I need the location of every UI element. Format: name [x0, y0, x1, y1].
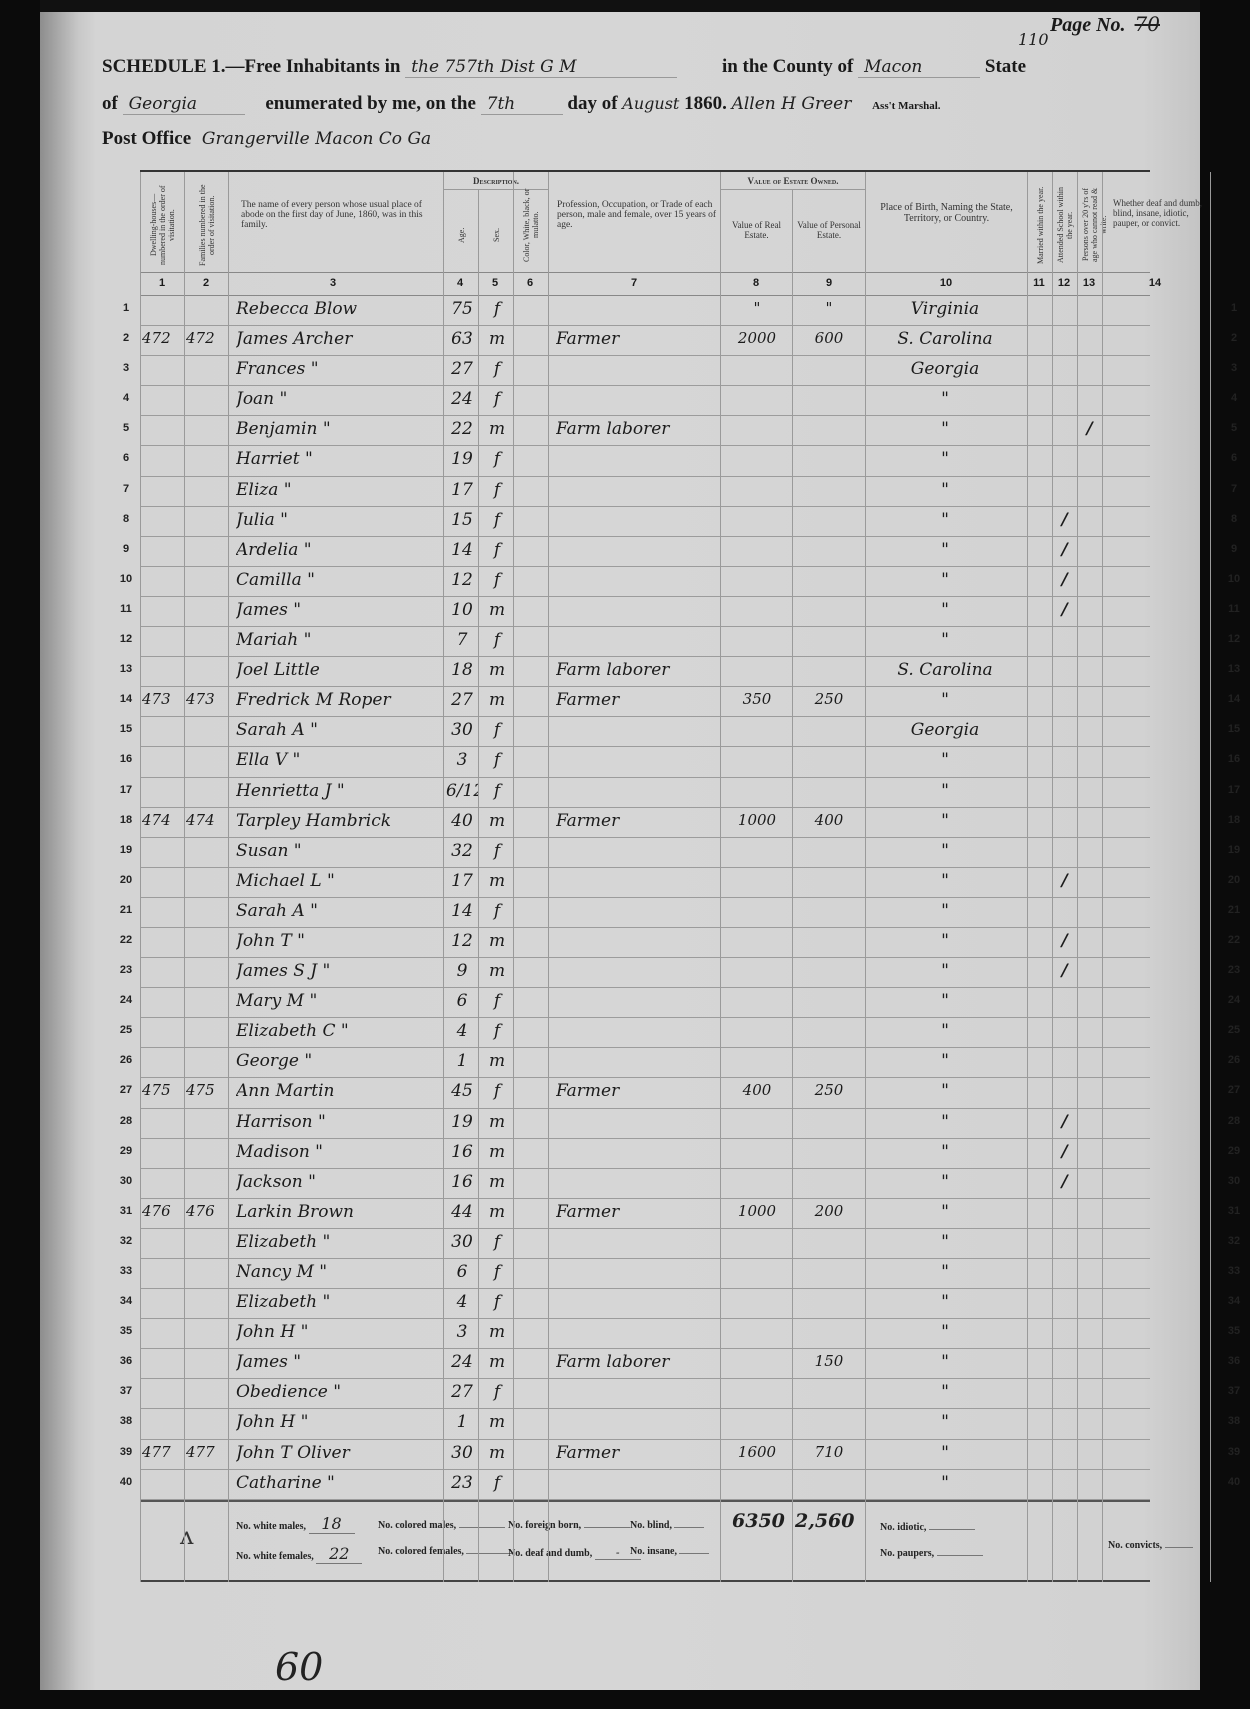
dwelling-number — [142, 871, 186, 895]
line-number-right: 15 — [1222, 723, 1246, 735]
illiterate-mark — [1077, 480, 1102, 504]
line-number-right: 13 — [1222, 663, 1246, 675]
birthplace: " — [870, 480, 1020, 504]
line-number-left: 12 — [114, 633, 138, 645]
school-mark — [1052, 1051, 1077, 1075]
sex: f — [481, 750, 513, 774]
person-name: Eliza " — [236, 480, 441, 504]
line-number-left: 25 — [114, 1024, 138, 1036]
birthplace: " — [870, 1142, 1020, 1166]
totals-section: ʌ No. white males, 18 No. white females,… — [140, 1500, 1150, 1582]
personal-estate-value — [796, 1021, 862, 1045]
sex: m — [481, 1112, 513, 1136]
table-row: 9 Ardelia " 14 f " / 9 — [140, 537, 1150, 567]
grid-line — [184, 172, 185, 1582]
family-number: 477 — [186, 1443, 230, 1467]
sex: m — [481, 1322, 513, 1346]
personal-estate-value — [796, 1382, 862, 1406]
grid-line — [443, 172, 444, 1582]
age: 23 — [446, 1473, 478, 1497]
birthplace: " — [870, 841, 1020, 865]
page-number: Page No. 70 110 — [1050, 12, 1160, 37]
family-number — [186, 1051, 230, 1075]
illiterate-mark — [1077, 1051, 1102, 1075]
age: 10 — [446, 600, 478, 624]
col-number: 13 — [1079, 277, 1099, 289]
sex: f — [481, 1081, 513, 1105]
real-estate-value — [724, 389, 790, 413]
idiotic-total: No. idiotic, — [880, 1522, 975, 1533]
sex: f — [481, 901, 513, 925]
line-number-left: 40 — [114, 1476, 138, 1488]
col-illiterate-header: Persons over 20 y'rs of age who cannot r… — [1077, 172, 1102, 272]
occupation — [556, 841, 720, 865]
illiterate-mark — [1077, 1262, 1102, 1286]
col-occupation-header: Profession, Occupation, or Trade of each… — [548, 172, 720, 272]
day-of-label: day of — [567, 93, 617, 114]
personal-estate-value — [796, 480, 862, 504]
real-estate-value — [724, 750, 790, 774]
school-mark — [1052, 1412, 1077, 1436]
occupation: Farmer — [556, 811, 720, 835]
occupation — [556, 991, 720, 1015]
personal-estate-value — [796, 540, 862, 564]
age: 9 — [446, 961, 478, 985]
line-number-right: 25 — [1222, 1024, 1246, 1036]
sex: m — [481, 419, 513, 443]
school-mark — [1052, 1081, 1077, 1105]
paupers-total: No. paupers, — [880, 1548, 983, 1559]
real-estate-value — [724, 570, 790, 594]
age: 27 — [446, 1382, 478, 1406]
occupation: Farm laborer — [556, 1352, 720, 1376]
age: 3 — [446, 1322, 478, 1346]
real-estate-value: 350 — [724, 690, 790, 714]
real-estate-value — [724, 660, 790, 684]
sex: f — [481, 841, 513, 865]
real-estate-value — [724, 961, 790, 985]
col-number: 11 — [1029, 277, 1049, 289]
age: 17 — [446, 871, 478, 895]
personal-estate-value — [796, 359, 862, 383]
person-name: Obedience " — [236, 1382, 441, 1406]
age: 15 — [446, 510, 478, 534]
age: 27 — [446, 359, 478, 383]
school-mark — [1052, 630, 1077, 654]
sex: f — [481, 630, 513, 654]
person-name: John H " — [236, 1412, 441, 1436]
dwelling-number — [142, 1262, 186, 1286]
personal-estate-value — [796, 1473, 862, 1497]
real-estate-value — [724, 480, 790, 504]
dwelling-number — [142, 299, 186, 323]
school-mark: / — [1052, 540, 1077, 564]
real-estate-value — [724, 359, 790, 383]
dwelling-number — [142, 1352, 186, 1376]
birthplace: " — [870, 1202, 1020, 1226]
header-line-3: Post Office Grangerville Macon Co Ga — [102, 128, 431, 150]
school-mark — [1052, 1443, 1077, 1467]
occupation — [556, 1172, 720, 1196]
family-number — [186, 630, 230, 654]
person-name: Mary M " — [236, 991, 441, 1015]
real-estate-value: 1600 — [724, 1443, 790, 1467]
illiterate-mark — [1077, 570, 1102, 594]
family-number — [186, 1021, 230, 1045]
school-mark — [1052, 1262, 1077, 1286]
birthplace: S. Carolina — [870, 329, 1020, 353]
district-field: the 757th Dist G M — [405, 57, 677, 78]
dwelling-number — [142, 1051, 186, 1075]
dwelling-number — [142, 1412, 186, 1436]
line-number-right: 21 — [1222, 904, 1246, 916]
table-row: 24 Mary M " 6 f " 24 — [140, 988, 1150, 1018]
family-number — [186, 1232, 230, 1256]
illiterate-mark — [1077, 1142, 1102, 1166]
column-numbers: 1 2 3 4 5 6 7 8 9 10 11 12 13 14 — [140, 273, 1150, 296]
line-number-right: 29 — [1222, 1145, 1246, 1157]
sex: m — [481, 1172, 513, 1196]
table-row: 17 Henrietta J " 6/12 f " 17 — [140, 778, 1150, 808]
line-number-right: 36 — [1222, 1355, 1246, 1367]
personal-estate-value — [796, 750, 862, 774]
col-number: 10 — [936, 277, 956, 289]
table-row: 21 Sarah A " 14 f " 21 — [140, 898, 1150, 928]
age: 18 — [446, 660, 478, 684]
deaf-dumb-total: No. deaf and dumb, - — [508, 1546, 641, 1560]
dwelling-number — [142, 1142, 186, 1166]
table-row: 3 Frances " 27 f Georgia 3 — [140, 356, 1150, 386]
line-number-right: 28 — [1222, 1115, 1246, 1127]
line-number-right: 3 — [1222, 362, 1246, 374]
birthplace: " — [870, 690, 1020, 714]
colored-females-total: No. colored females, — [378, 1546, 512, 1557]
table-row: 10 Camilla " 12 f " / 10 — [140, 567, 1150, 597]
line-number-right: 30 — [1222, 1175, 1246, 1187]
birthplace: " — [870, 1021, 1020, 1045]
grid-line — [1102, 172, 1103, 1582]
birthplace: " — [870, 1322, 1020, 1346]
school-mark — [1052, 1021, 1077, 1045]
age: 24 — [446, 1352, 478, 1376]
real-estate-value — [724, 720, 790, 744]
line-number-right: 2 — [1222, 332, 1246, 344]
line-number-right: 24 — [1222, 994, 1246, 1006]
personal-estate-value — [796, 931, 862, 955]
occupation — [556, 1142, 720, 1166]
birthplace: " — [870, 750, 1020, 774]
sex: m — [481, 811, 513, 835]
real-estate-value — [724, 1382, 790, 1406]
table-row: 1 Rebecca Blow 75 f " " Virginia 1 — [140, 296, 1150, 326]
school-mark — [1052, 690, 1077, 714]
col-age-header: Age. — [443, 190, 478, 272]
person-name: George " — [236, 1051, 441, 1075]
family-number — [186, 1412, 230, 1436]
real-estate-value — [724, 931, 790, 955]
dwelling-number — [142, 961, 186, 985]
occupation — [556, 1412, 720, 1436]
person-name: Harrison " — [236, 1112, 441, 1136]
personal-estate-value — [796, 901, 862, 925]
personal-estate-value — [796, 781, 862, 805]
year-label: 1860. — [684, 93, 727, 114]
illiterate-mark — [1077, 1322, 1102, 1346]
occupation — [556, 961, 720, 985]
real-estate-value — [724, 1412, 790, 1436]
line-number-left: 38 — [114, 1415, 138, 1427]
col-number: 12 — [1054, 277, 1074, 289]
age: 30 — [446, 1232, 478, 1256]
col-number: 2 — [198, 277, 214, 289]
personal-estate-value — [796, 570, 862, 594]
person-name: Mariah " — [236, 630, 441, 654]
person-name: Larkin Brown — [236, 1202, 441, 1226]
sex: m — [481, 1202, 513, 1226]
line-number-right: 10 — [1222, 573, 1246, 585]
person-name: Catharine " — [236, 1473, 441, 1497]
person-name: Joan " — [236, 389, 441, 413]
person-name: Camilla " — [236, 570, 441, 594]
occupation — [556, 1382, 720, 1406]
dwelling-number: 475 — [142, 1081, 186, 1105]
birthplace: Georgia — [870, 720, 1020, 744]
table-body: 1 Rebecca Blow 75 f " " Virginia 1 2 472… — [140, 296, 1150, 1500]
school-mark — [1052, 1382, 1077, 1406]
colored-males-total: No. colored males, — [378, 1520, 505, 1531]
convicts-total: No. convicts, — [1108, 1540, 1193, 1551]
family-number — [186, 1142, 230, 1166]
county-field: Macon — [858, 57, 980, 78]
dwelling-number — [142, 359, 186, 383]
real-estate-value — [724, 1051, 790, 1075]
line-number-left: 24 — [114, 994, 138, 1006]
occupation: Farmer — [556, 690, 720, 714]
dwelling-number — [142, 540, 186, 564]
line-number-left: 33 — [114, 1265, 138, 1277]
line-number-left: 30 — [114, 1175, 138, 1187]
table-row: 30 Jackson " 16 m " / 30 — [140, 1169, 1150, 1199]
age: 16 — [446, 1142, 478, 1166]
dwelling-number — [142, 389, 186, 413]
school-mark — [1052, 720, 1077, 744]
family-number — [186, 1473, 230, 1497]
school-mark — [1052, 991, 1077, 1015]
state-label: State — [985, 56, 1026, 77]
line-number-left: 19 — [114, 844, 138, 856]
person-name: Nancy M " — [236, 1262, 441, 1286]
occupation — [556, 299, 720, 323]
person-name: Joel Little — [236, 660, 441, 684]
line-number-left: 3 — [114, 362, 138, 374]
birthplace: " — [870, 811, 1020, 835]
grid-line — [720, 172, 721, 1582]
personal-estate-value — [796, 600, 862, 624]
occupation — [556, 510, 720, 534]
birthplace: " — [870, 781, 1020, 805]
col-personal-estate-header: Value of Personal Estate. — [792, 190, 865, 272]
line-number-left: 37 — [114, 1385, 138, 1397]
line-number-left: 7 — [114, 483, 138, 495]
illiterate-mark — [1077, 811, 1102, 835]
sex: m — [481, 329, 513, 353]
personal-estate-value: 250 — [796, 690, 862, 714]
census-sheet: Page No. 70 110 SCHEDULE 1.—Free Inhabit… — [40, 0, 1200, 1690]
white-males-total: No. white males, 18 — [236, 1514, 355, 1534]
birthplace: " — [870, 1262, 1020, 1286]
age: 30 — [446, 1443, 478, 1467]
dwelling-number — [142, 630, 186, 654]
dwelling-number: 472 — [142, 329, 186, 353]
illiterate-mark — [1077, 660, 1102, 684]
personal-estate-total: 2,560 — [795, 1510, 855, 1532]
family-number: 476 — [186, 1202, 230, 1226]
personal-estate-value: 200 — [796, 1202, 862, 1226]
real-estate-value — [724, 781, 790, 805]
person-name: Sarah A " — [236, 901, 441, 925]
illiterate-mark — [1077, 841, 1102, 865]
school-mark — [1052, 1292, 1077, 1316]
age: 3 — [446, 750, 478, 774]
school-mark: / — [1052, 1112, 1077, 1136]
line-number-right: 1 — [1222, 302, 1246, 314]
occupation — [556, 600, 720, 624]
line-number-right: 4 — [1222, 392, 1246, 404]
sex: m — [481, 931, 513, 955]
school-mark: / — [1052, 961, 1077, 985]
line-number-left: 22 — [114, 934, 138, 946]
person-name: James " — [236, 600, 441, 624]
col-number: 5 — [487, 277, 503, 289]
line-number-right: 31 — [1222, 1205, 1246, 1217]
family-number — [186, 1322, 230, 1346]
dwelling-number — [142, 1021, 186, 1045]
birthplace: " — [870, 991, 1020, 1015]
person-name: Ella V " — [236, 750, 441, 774]
sex: m — [481, 660, 513, 684]
real-estate-value — [724, 991, 790, 1015]
sex: f — [481, 389, 513, 413]
illiterate-mark — [1077, 750, 1102, 774]
school-mark — [1052, 750, 1077, 774]
line-number-right: 37 — [1222, 1385, 1246, 1397]
birthplace: " — [870, 389, 1020, 413]
occupation — [556, 1262, 720, 1286]
table-row: 8 Julia " 15 f " / 8 — [140, 507, 1150, 537]
birthplace: " — [870, 961, 1020, 985]
person-name: Elizabeth " — [236, 1232, 441, 1256]
line-number-right: 9 — [1222, 543, 1246, 555]
illiterate-mark — [1077, 630, 1102, 654]
line-number-right: 18 — [1222, 814, 1246, 826]
personal-estate-value: 600 — [796, 329, 862, 353]
real-estate-value — [724, 871, 790, 895]
birthplace: " — [870, 1081, 1020, 1105]
sex: f — [481, 991, 513, 1015]
grid-line — [1027, 172, 1028, 1582]
line-number-left: 4 — [114, 392, 138, 404]
occupation — [556, 449, 720, 473]
family-number — [186, 750, 230, 774]
dwelling-number — [142, 449, 186, 473]
white-males-value: 18 — [309, 1514, 355, 1534]
age: 6 — [446, 991, 478, 1015]
real-estate-value — [724, 510, 790, 534]
age: 24 — [446, 389, 478, 413]
person-name: Julia " — [236, 510, 441, 534]
table-row: 5 Benjamin " 22 m Farm laborer " / 5 — [140, 416, 1150, 446]
age: 17 — [446, 480, 478, 504]
age: 12 — [446, 570, 478, 594]
birthplace: " — [870, 1112, 1020, 1136]
birthplace: " — [870, 871, 1020, 895]
person-name: Elizabeth " — [236, 1292, 441, 1316]
age: 27 — [446, 690, 478, 714]
illiterate-mark — [1077, 1112, 1102, 1136]
page-number-label: Page No. — [1050, 14, 1126, 36]
occupation — [556, 1232, 720, 1256]
sex: m — [481, 871, 513, 895]
family-number — [186, 389, 230, 413]
dwelling-number — [142, 991, 186, 1015]
col-color-header: Color, White, black, or mulatto. — [513, 172, 548, 272]
school-mark — [1052, 359, 1077, 383]
person-name: Ardelia " — [236, 540, 441, 564]
family-number — [186, 931, 230, 955]
sex: f — [481, 570, 513, 594]
enumerated-label: enumerated by me, on the — [265, 93, 476, 114]
personal-estate-value — [796, 1412, 862, 1436]
real-estate-value — [724, 1142, 790, 1166]
page-number-overwrite: 110 — [1018, 30, 1049, 49]
school-mark — [1052, 660, 1077, 684]
schedule-title: SCHEDULE 1.—Free Inhabitants in — [102, 56, 400, 77]
sex: f — [481, 720, 513, 744]
birthplace: " — [870, 419, 1020, 443]
illiterate-mark — [1077, 540, 1102, 564]
occupation: Farmer — [556, 1081, 720, 1105]
school-mark: / — [1052, 510, 1077, 534]
dwelling-number — [142, 720, 186, 744]
family-number — [186, 1292, 230, 1316]
column-headers: Dwelling-houses—numbered in the order of… — [140, 172, 1150, 273]
post-office-label: Post Office — [102, 128, 191, 149]
personal-estate-value: 710 — [796, 1443, 862, 1467]
personal-estate-value — [796, 1322, 862, 1346]
line-number-left: 23 — [114, 964, 138, 976]
line-number-right: 27 — [1222, 1084, 1246, 1096]
age: 1 — [446, 1412, 478, 1436]
illiterate-mark — [1077, 1382, 1102, 1406]
col-birthplace-header: Place of Birth, Naming the State, Territ… — [865, 172, 1027, 272]
line-number-right: 38 — [1222, 1415, 1246, 1427]
line-number-left: 34 — [114, 1295, 138, 1307]
age: 14 — [446, 901, 478, 925]
family-number — [186, 781, 230, 805]
line-number-left: 21 — [114, 904, 138, 916]
family-number — [186, 901, 230, 925]
post-office-field: Grangerville Macon Co Ga — [202, 129, 431, 149]
table-row: 14 473 473 Fredrick M Roper 27 m Farmer … — [140, 687, 1150, 717]
personal-estate-value — [796, 1262, 862, 1286]
family-number — [186, 1112, 230, 1136]
real-estate-value — [724, 1322, 790, 1346]
dwelling-number — [142, 480, 186, 504]
col-number: 3 — [325, 277, 341, 289]
school-mark — [1052, 841, 1077, 865]
dwelling-number — [142, 510, 186, 534]
line-number-right: 22 — [1222, 934, 1246, 946]
